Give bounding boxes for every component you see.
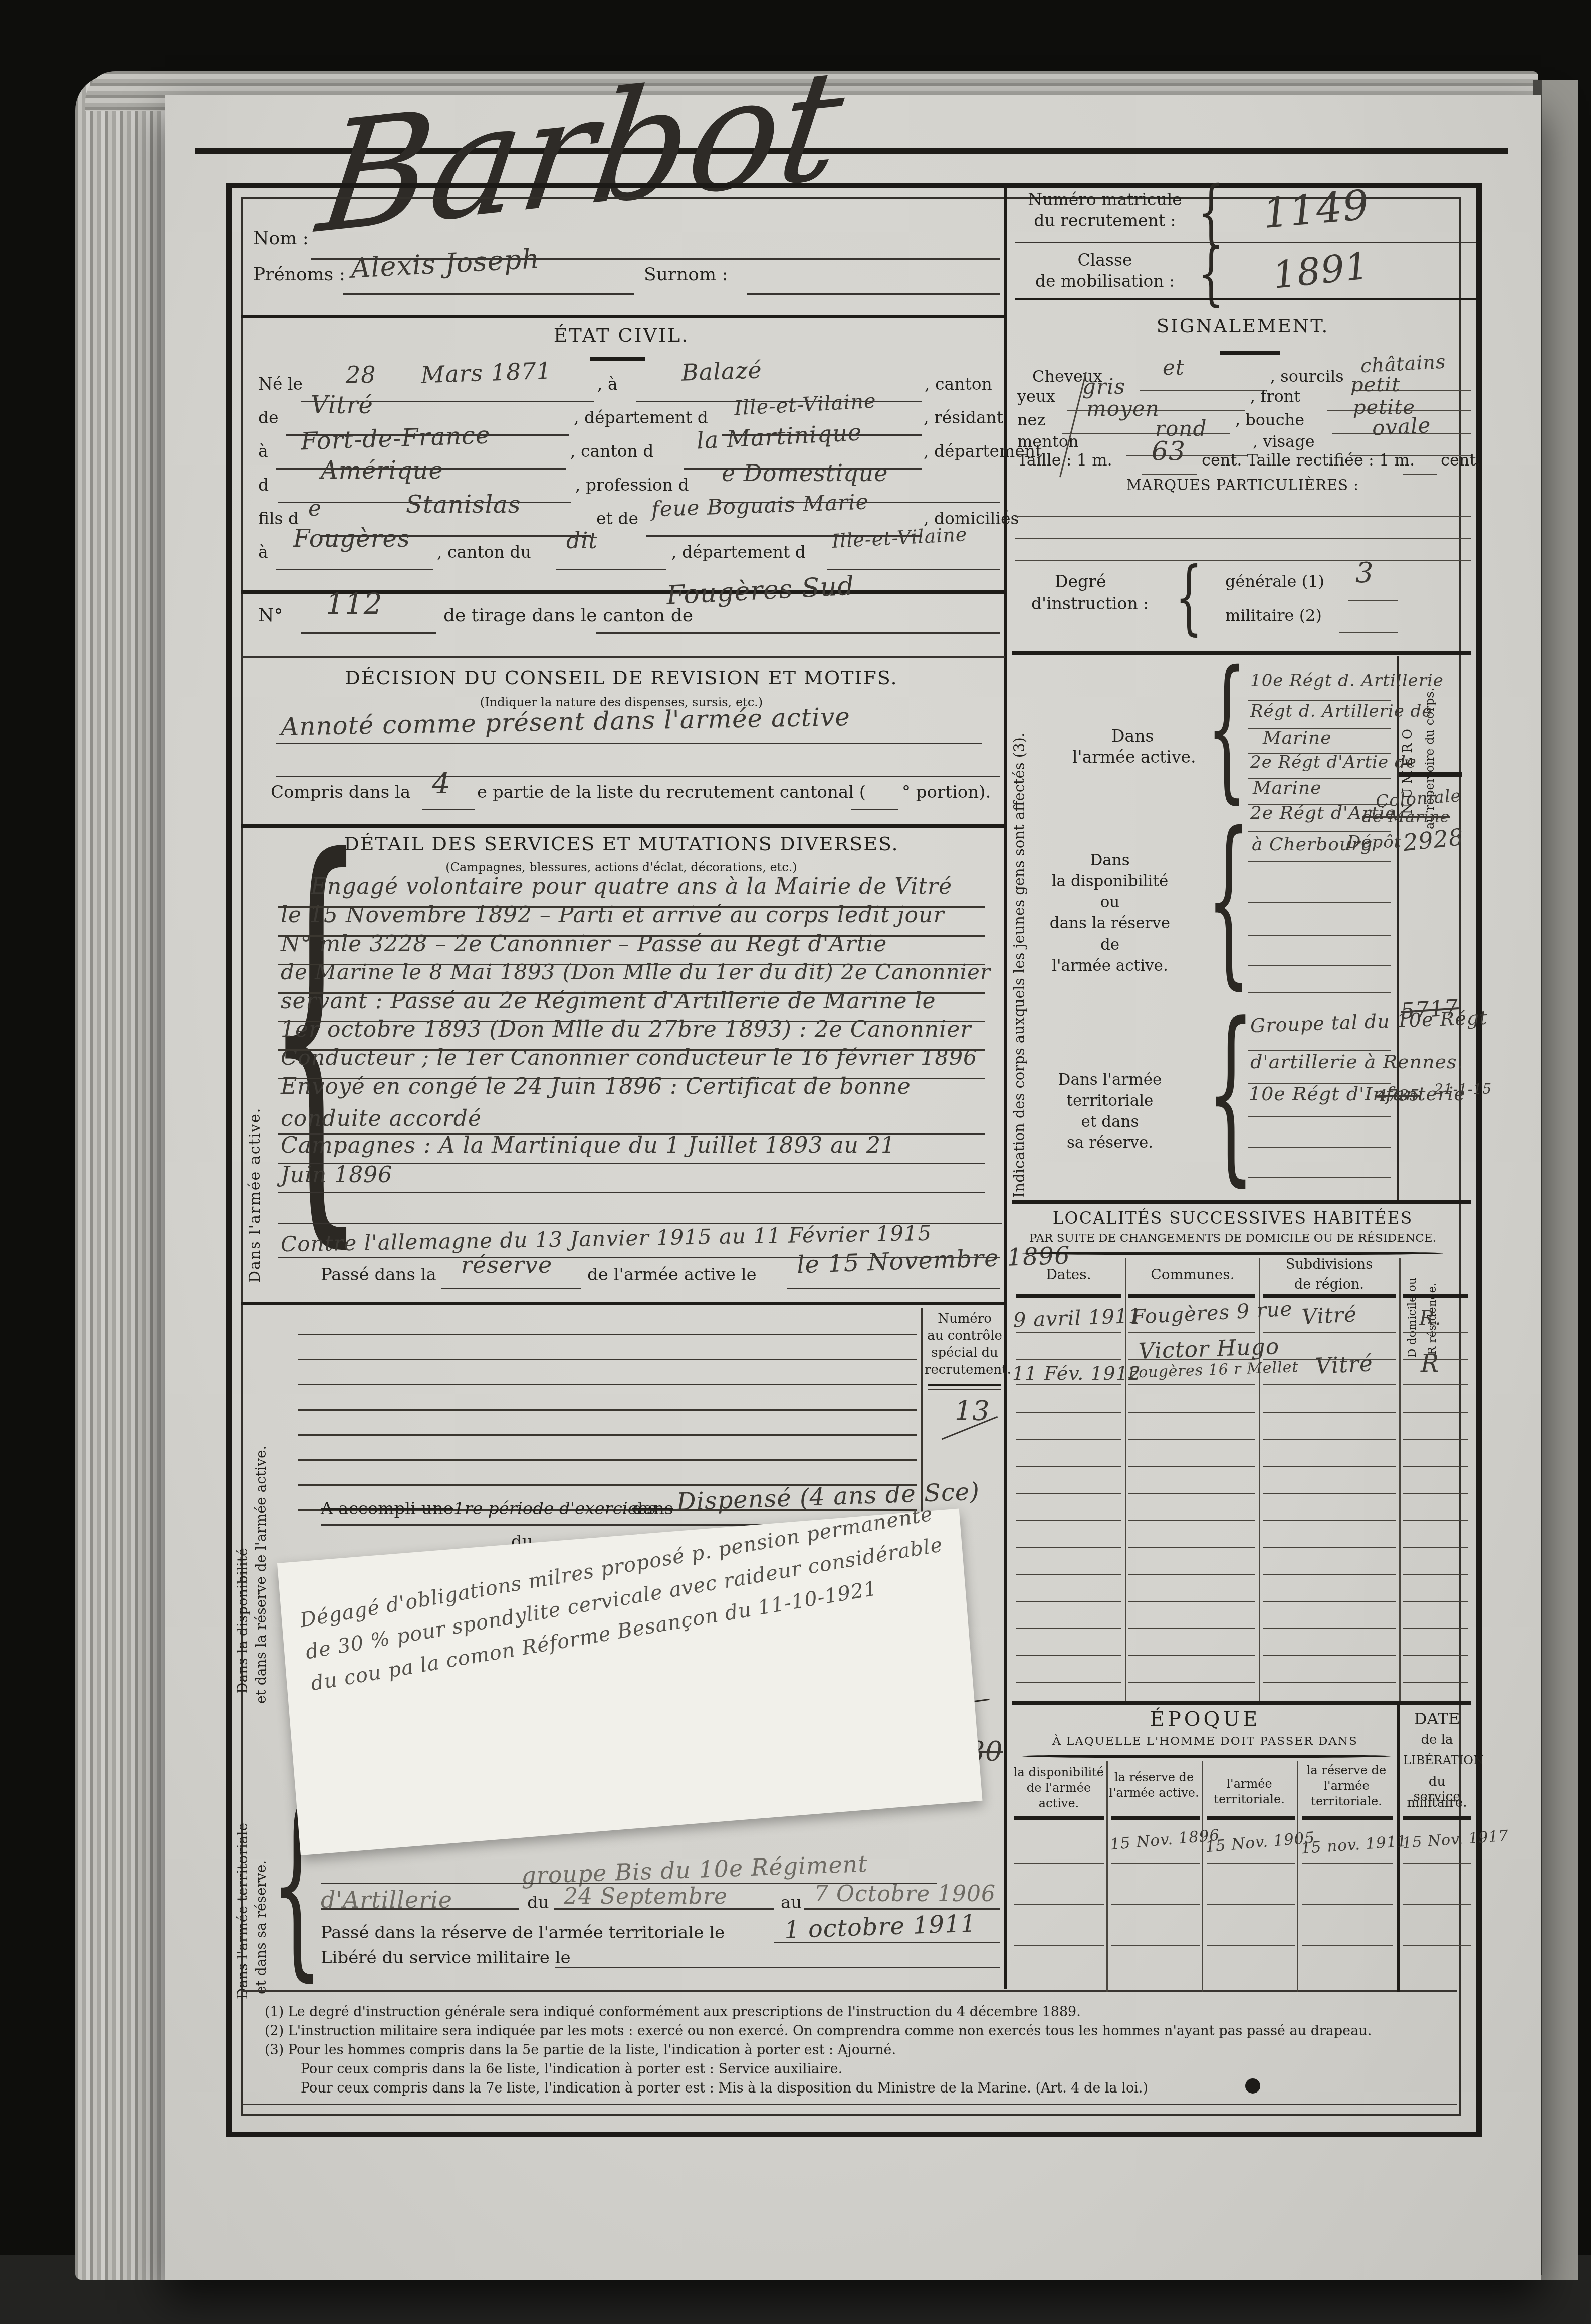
dispo-label: la disponibilité bbox=[1040, 873, 1180, 891]
corps-actif: 2e Régt d'Artie de bbox=[1250, 753, 1417, 772]
flourish bbox=[1022, 1755, 1391, 1758]
front-label: , front bbox=[1250, 387, 1300, 406]
localite-date: 11 Fév. 1912 bbox=[1012, 1363, 1141, 1385]
territoriale-label: Dans l'armée bbox=[1040, 1071, 1180, 1089]
table-divider bbox=[1399, 1258, 1401, 1701]
short-dash bbox=[1399, 772, 1462, 777]
header-rule bbox=[1016, 1294, 1121, 1298]
title-dash bbox=[590, 357, 645, 361]
header-rule bbox=[1128, 1294, 1255, 1298]
dispo-label: Dans bbox=[1040, 852, 1180, 870]
table-divider bbox=[1259, 1258, 1260, 1701]
periode-raye: A accompli une bbox=[321, 1499, 453, 1519]
line bbox=[1248, 1147, 1391, 1148]
portion-label: ° portion). bbox=[902, 783, 991, 802]
ruled-lines bbox=[1016, 1385, 1121, 1691]
line bbox=[321, 1908, 519, 1910]
line bbox=[1302, 1904, 1393, 1905]
line bbox=[276, 776, 1000, 777]
front-value: petit bbox=[1350, 373, 1400, 396]
line bbox=[1016, 1359, 1121, 1360]
exercice-date-debut: 24 Septembre bbox=[564, 1884, 728, 1910]
brace-decoration bbox=[1198, 247, 1224, 301]
controle-label: Numéro bbox=[925, 1312, 1005, 1327]
line bbox=[1128, 1384, 1255, 1385]
line bbox=[596, 632, 1000, 634]
numero-tirage-label: N° bbox=[258, 605, 283, 626]
bouche-label: , bouche bbox=[1235, 411, 1304, 429]
canton-suffix: , canton bbox=[925, 375, 992, 394]
footnote: (1) Le degré d'instruction générale sera… bbox=[265, 2004, 1081, 2020]
table-divider bbox=[1297, 1761, 1298, 1992]
epoque-col-header: la disponibilité de l'armée active. bbox=[1013, 1765, 1104, 1812]
a-label: à bbox=[258, 442, 268, 461]
exercice-date-fin: 7 Octobre 1906 bbox=[814, 1882, 996, 1907]
periode-raye: dans bbox=[632, 1499, 673, 1519]
libere-label: Libéré du service militaire le bbox=[321, 1948, 571, 1968]
surnom-label: Surnom : bbox=[644, 264, 728, 285]
line bbox=[1403, 1863, 1471, 1864]
militaire-label: militaire (2) bbox=[1225, 606, 1322, 625]
line bbox=[1403, 1332, 1468, 1333]
col-dates: Dates. bbox=[1017, 1267, 1120, 1283]
line bbox=[827, 569, 1000, 570]
dispo-label: ou bbox=[1040, 894, 1180, 912]
passe-reserve-label: Passé dans la bbox=[321, 1265, 436, 1285]
territoriale-label: sa réserve. bbox=[1040, 1134, 1180, 1152]
nez-label: nez bbox=[1017, 411, 1045, 429]
line bbox=[554, 1908, 774, 1910]
marge-territoriale-2: et dans sa réserve. bbox=[253, 1784, 269, 1994]
localite-subdivision: Vitré bbox=[1301, 1302, 1357, 1329]
localites-subtitle: PAR SUITE DE CHANGEMENTS DE DOMICILE OU … bbox=[1012, 1232, 1453, 1245]
canton-naissance: Vitré bbox=[311, 392, 373, 419]
cheveux-value: et bbox=[1163, 356, 1185, 380]
flourish bbox=[1022, 1252, 1443, 1255]
line bbox=[1248, 965, 1391, 966]
footnote: Pour ceux compris dans la 6e liste, l'in… bbox=[301, 2061, 842, 2077]
nez-value: moyen bbox=[1086, 397, 1160, 421]
dispo-label: de bbox=[1040, 936, 1180, 954]
corps-disponibilite: Dépôt bbox=[1347, 833, 1401, 852]
header-rule bbox=[1111, 1816, 1200, 1820]
localites-title: LOCALITÉS SUCCESSIVES HABITÉES bbox=[1012, 1209, 1453, 1228]
line bbox=[1014, 1904, 1104, 1905]
dispo-label: l'armée active. bbox=[1040, 957, 1180, 975]
sourcils-label: , sourcils bbox=[1270, 367, 1344, 386]
underlying-page-edge bbox=[1541, 80, 1578, 2280]
line bbox=[1248, 831, 1391, 832]
ruled-lines bbox=[1128, 1385, 1255, 1691]
taille-label: Taille : 1 m. bbox=[1017, 451, 1112, 470]
header-rule bbox=[1263, 1294, 1396, 1298]
naissance-mois-annee: Mars 1871 bbox=[420, 357, 552, 388]
header-rule bbox=[1403, 1816, 1471, 1820]
canton-domicile: dit bbox=[566, 529, 598, 554]
corps-actif: 10e Régt d. Artillerie bbox=[1250, 671, 1444, 691]
line bbox=[1207, 1863, 1295, 1864]
et-de-label: et de bbox=[596, 509, 638, 528]
visage-value: ovale bbox=[1372, 413, 1432, 440]
title-dash bbox=[1220, 351, 1280, 355]
armee-active-label: Dans bbox=[1111, 727, 1154, 746]
localite-subdivision: Vitré bbox=[1315, 1351, 1374, 1380]
line bbox=[1348, 600, 1398, 601]
cent-label: cent. bbox=[1441, 451, 1481, 470]
service-campagnes-suite: Juin 1896 bbox=[281, 1163, 392, 1188]
matricule-label: du recrutement : bbox=[1022, 211, 1188, 230]
line bbox=[441, 1288, 581, 1289]
armee-active-label: l'armée active. bbox=[1072, 748, 1196, 767]
profession: e Domestique bbox=[722, 460, 888, 487]
line bbox=[1248, 935, 1391, 936]
profession-label: , profession d bbox=[575, 476, 689, 495]
col-communes: Communes. bbox=[1130, 1267, 1255, 1283]
col-subdivisions: de région. bbox=[1263, 1277, 1396, 1292]
line bbox=[1403, 1384, 1468, 1385]
line bbox=[1248, 1116, 1391, 1117]
line bbox=[1403, 474, 1437, 475]
marge-territoriale-1: Dans l'armée territoriale bbox=[235, 1764, 251, 1999]
canton-du-label: , canton du bbox=[437, 543, 531, 562]
signalement-title: SIGNALEMENT. bbox=[1012, 316, 1473, 337]
line bbox=[747, 293, 1000, 295]
compris-numero: 4 bbox=[432, 767, 451, 800]
canton-label: , canton d bbox=[570, 442, 653, 461]
scanned-register-photo: Barbot Nom : Prénoms : Alexis Joseph Sur… bbox=[0, 0, 1591, 2324]
line bbox=[276, 743, 982, 744]
a-label: à bbox=[258, 543, 268, 562]
line bbox=[422, 809, 475, 810]
section-rule bbox=[241, 1302, 1005, 1305]
line bbox=[276, 569, 433, 570]
naissance-jour: 28 bbox=[346, 362, 376, 388]
numero-raye: 4735 bbox=[1377, 1086, 1420, 1105]
controle-label: recrutement. bbox=[925, 1363, 1005, 1378]
line bbox=[1015, 516, 1471, 517]
yeux-value: gris bbox=[1082, 375, 1125, 399]
col-domicile-residence: D domicile ou bbox=[1406, 1253, 1419, 1358]
localite-dr: R bbox=[1421, 1350, 1439, 1378]
line bbox=[1302, 1863, 1393, 1864]
line bbox=[1403, 1904, 1471, 1905]
au-label: au bbox=[781, 1893, 802, 1913]
corps-actif: Marine bbox=[1253, 778, 1322, 798]
col-subdivisions: Subdivisions bbox=[1263, 1257, 1396, 1272]
ink-blot bbox=[1245, 2078, 1260, 2094]
line bbox=[1263, 1384, 1396, 1385]
pere: Stanislas bbox=[406, 491, 521, 519]
header-rule bbox=[1014, 1816, 1104, 1820]
degre-label: d'instruction : bbox=[1031, 594, 1149, 613]
brace-decoration bbox=[1175, 565, 1203, 630]
line bbox=[851, 809, 898, 810]
passe-territoriale-label: Passé dans la réserve de l'armée territo… bbox=[321, 1923, 725, 1943]
pasted-note-slip: Dégagé d'obligations milres proposé p. p… bbox=[277, 1509, 983, 1856]
prenoms-label: Prénoms : bbox=[253, 264, 345, 285]
generale-value: 3 bbox=[1355, 557, 1374, 589]
taille-value: 63 bbox=[1152, 437, 1186, 467]
line bbox=[1339, 632, 1398, 633]
line bbox=[343, 293, 634, 295]
epoque-col-header: l'armée territoriale. bbox=[1204, 1776, 1295, 1807]
territoriale-label: et dans bbox=[1040, 1113, 1180, 1131]
col-domicile-residence: R résidence. bbox=[1426, 1255, 1439, 1355]
brace-decoration bbox=[1207, 666, 1247, 790]
ruled-lines bbox=[278, 879, 985, 1105]
table-divider bbox=[1106, 1761, 1108, 1992]
brace-decoration bbox=[1207, 1017, 1255, 1169]
line bbox=[1015, 560, 1471, 561]
epoque-col-header: la réserve de l'armée territoriale. bbox=[1299, 1763, 1394, 1810]
date-liberation-label: LIBÉRATION bbox=[1403, 1754, 1471, 1768]
indication-corps-label: Indication des corps auxquels les jeunes… bbox=[1011, 666, 1028, 1198]
line bbox=[241, 656, 1005, 658]
line bbox=[1248, 902, 1391, 903]
line bbox=[1015, 298, 1476, 300]
line bbox=[1302, 1945, 1393, 1946]
passe-reserve-valeur: réserve bbox=[461, 1252, 552, 1278]
localite-date: 9 avril 1911 bbox=[1013, 1305, 1142, 1332]
line bbox=[1015, 538, 1471, 539]
periode-texte: 1re période d'exercices bbox=[453, 1499, 656, 1519]
degre-label: Degré bbox=[1055, 572, 1106, 591]
nom-label: Nom : bbox=[253, 228, 309, 249]
footnote: (2) L'instruction militaire sera indiqué… bbox=[265, 2023, 1372, 2039]
footnote-rule bbox=[241, 1990, 1457, 1992]
line bbox=[1014, 1945, 1104, 1946]
epoque-subtitle: À LAQUELLE L'HOMME DOIT PASSER DANS bbox=[1012, 1735, 1398, 1748]
numero-tirage: 112 bbox=[326, 587, 383, 621]
fils-e: e bbox=[308, 496, 322, 522]
corps-territorial: d'artillerie à Rennes. bbox=[1250, 1051, 1464, 1073]
epoque-title: ÉPOQUE bbox=[1012, 1708, 1398, 1731]
decision-title: DÉCISION DU CONSEIL DE REVISION ET MOTIF… bbox=[241, 667, 1002, 689]
domicile: Fougères bbox=[293, 525, 410, 553]
visage-label: , visage bbox=[1253, 432, 1315, 451]
taille-rectifiee-label: cent. Taille rectifiée : 1 m. bbox=[1202, 451, 1415, 470]
line bbox=[1403, 1945, 1471, 1946]
de-label: de bbox=[258, 408, 279, 427]
corps-raye: de Marine bbox=[1362, 808, 1450, 826]
line bbox=[1140, 390, 1265, 391]
header-rule bbox=[1403, 1294, 1468, 1298]
line bbox=[1248, 1177, 1391, 1178]
date-note: 21-1-15 bbox=[1434, 1081, 1492, 1097]
yeux-label: yeux bbox=[1017, 387, 1055, 406]
section-rule bbox=[241, 315, 1005, 318]
line bbox=[1142, 474, 1197, 475]
date-liberation-label: DATE bbox=[1403, 1710, 1471, 1728]
residant-label: , résidant bbox=[924, 408, 1003, 427]
marge-disponibilite-2: et dans la réserve de l'armée active. bbox=[253, 1303, 269, 1704]
corps-territorial: 10e Régt d'Infanterie bbox=[1249, 1083, 1466, 1105]
line bbox=[1263, 1332, 1396, 1333]
line bbox=[1128, 1332, 1255, 1333]
header-rule bbox=[1207, 1816, 1295, 1820]
controle-label: spécial du bbox=[925, 1346, 1005, 1361]
corps-actif: Régt d. Artillerie de bbox=[1250, 702, 1433, 721]
controle-label: au contrôle bbox=[925, 1329, 1005, 1344]
line bbox=[556, 569, 666, 570]
d-label: d bbox=[258, 476, 269, 495]
marques-label: MARQUES PARTICULIÈRES : bbox=[1012, 477, 1473, 494]
line bbox=[787, 1288, 1000, 1289]
line bbox=[1015, 242, 1476, 243]
lieu-naissance: Balazé bbox=[681, 357, 763, 386]
compris-suite: e partie de la liste du recrutement cant… bbox=[477, 783, 866, 802]
departement-residence: Amérique bbox=[321, 457, 443, 485]
du-label: du bbox=[527, 1893, 549, 1913]
generale-label: générale (1) bbox=[1225, 572, 1324, 591]
marge-armee-active: Dans l'armée active. bbox=[247, 882, 264, 1283]
line bbox=[1248, 992, 1391, 993]
line bbox=[928, 1384, 1001, 1386]
epoque-col-header: la réserve de l'armée active. bbox=[1108, 1770, 1200, 1801]
section-rule bbox=[1012, 1200, 1471, 1204]
fils-de-label: fils d bbox=[258, 509, 299, 528]
service-campagnes: Campagnes : A la Martinique du 1 Juillet… bbox=[281, 1133, 895, 1159]
ruled-lines bbox=[1263, 1385, 1396, 1691]
line bbox=[1014, 1863, 1104, 1864]
ruled-lines bbox=[1403, 1385, 1468, 1691]
brace-decoration bbox=[1207, 827, 1251, 972]
line bbox=[555, 1967, 1000, 1968]
section-rule bbox=[1012, 1701, 1471, 1705]
passe-reserve-suite: de l'armée active le bbox=[587, 1265, 757, 1285]
marge-disponibilite-1: Dans la disponibilité bbox=[235, 1313, 251, 1694]
classe-label: de mobilisation : bbox=[1022, 272, 1188, 291]
line bbox=[1207, 1904, 1295, 1905]
line bbox=[278, 1192, 985, 1193]
line bbox=[301, 632, 436, 634]
corps-actif: Marine bbox=[1263, 728, 1332, 748]
ruled-lines bbox=[298, 1310, 917, 1511]
date-liberation-label: de la bbox=[1403, 1733, 1471, 1748]
numero-col-divider bbox=[1397, 656, 1399, 1200]
line bbox=[1248, 700, 1391, 701]
etat-civil-title: ÉTAT CIVIL. bbox=[241, 325, 1002, 347]
line bbox=[774, 1942, 1000, 1943]
line bbox=[1207, 1945, 1295, 1946]
service-ligne: conduite accordé bbox=[281, 1106, 482, 1132]
line bbox=[1016, 1384, 1121, 1385]
ne-le-label: Né le bbox=[258, 375, 303, 394]
line bbox=[1111, 1945, 1200, 1946]
departement-label: , département d bbox=[671, 543, 806, 562]
line bbox=[1016, 1332, 1121, 1333]
line bbox=[1248, 861, 1391, 862]
tirage-texte: de tirage dans le canton de bbox=[443, 605, 693, 626]
localite-dr: R. bbox=[1419, 1307, 1442, 1330]
line bbox=[1111, 1904, 1200, 1905]
table-divider bbox=[1202, 1761, 1203, 1992]
bottom-rule bbox=[241, 2104, 1457, 2105]
classe-label: Classe bbox=[1022, 251, 1188, 270]
dispo-label: dans la réserve bbox=[1040, 915, 1180, 933]
header-rule bbox=[1302, 1816, 1393, 1820]
footnote: Pour ceux compris dans la 7e liste, l'in… bbox=[301, 2080, 1148, 2096]
line bbox=[928, 1389, 1001, 1390]
matricule-value: 1149 bbox=[1261, 182, 1371, 238]
matricule-label: Numéro matricule bbox=[1022, 190, 1188, 209]
footnote: (3) Pour les hommes compris dans la 5e p… bbox=[265, 2042, 896, 2058]
territoriale-label: territoriale bbox=[1040, 1092, 1180, 1110]
departement-label: , département d bbox=[574, 408, 708, 427]
date-liberation-label: militaire. bbox=[1403, 1796, 1471, 1811]
brace-decoration bbox=[1198, 184, 1224, 241]
line bbox=[1128, 1359, 1255, 1360]
a-label: , à bbox=[597, 375, 618, 394]
line bbox=[1111, 1863, 1200, 1864]
